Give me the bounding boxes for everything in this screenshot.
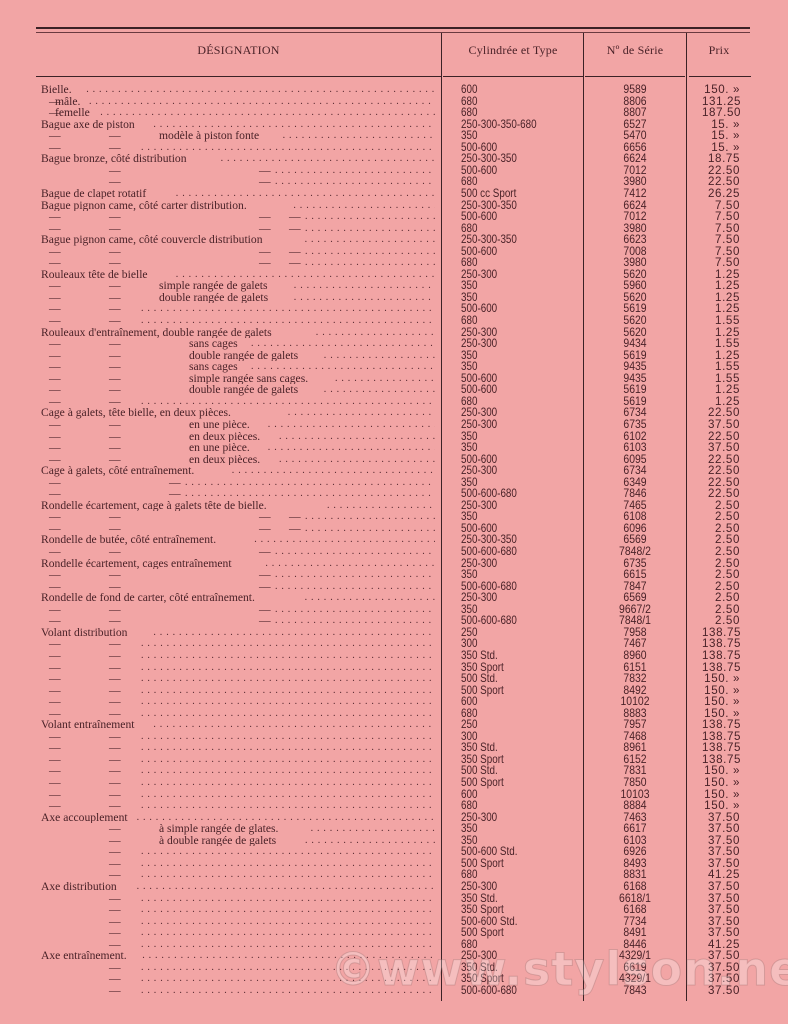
leader-dots: ........................................… (275, 581, 435, 593)
leader-dots: ........................................… (254, 534, 435, 546)
table-row: ————....................................… (0, 523, 788, 535)
designation-cell: ——......................................… (41, 488, 441, 500)
ditto-mark: — (49, 396, 61, 408)
ditto-mark: — (49, 442, 61, 454)
ditto-mark: — (109, 338, 121, 350)
ditto-mark: — (109, 742, 121, 754)
leader-dots: ........................................… (141, 315, 435, 327)
prix-cell: 37.50 (702, 904, 740, 916)
designation-cell: ——en deux pièces........................… (41, 431, 441, 443)
table-row: ———.....................................… (0, 604, 788, 616)
ditto-mark: — (109, 442, 121, 454)
serie-cell: 7843 (591, 985, 679, 997)
designation-text: Rondelle écartement, cages entraînement (41, 558, 232, 570)
designation-text: Rouleaux d'entraînement, double rangée d… (41, 327, 272, 339)
ditto-mark: — (109, 650, 121, 662)
table-row: ——sans cages............................… (0, 338, 788, 350)
designation-subtext: à double rangée de galets (159, 835, 276, 847)
ditto-mark: — (109, 754, 121, 766)
ditto-mark: — (109, 176, 121, 188)
table-row: ——......................................… (0, 765, 788, 777)
ditto-mark: — (109, 846, 121, 858)
table-row: Bielle..................................… (0, 84, 788, 96)
designation-cell: ——......................................… (41, 742, 441, 754)
leader-dots: ........................................… (141, 858, 435, 870)
ditto-mark: — (109, 546, 121, 558)
leader-dots: ........................................… (251, 361, 435, 373)
ditto-mark: — (49, 361, 61, 373)
ditto-mark: — (49, 223, 61, 235)
leader-dots: ........................................… (305, 211, 435, 223)
leader-dots: ........................................… (305, 511, 435, 523)
designation-cell: —femelle................................… (41, 107, 441, 119)
prix-cell: 187.50 (702, 107, 740, 119)
designation-cell: —mâle...................................… (41, 96, 441, 108)
prix-cell: 37.50 (702, 419, 740, 431)
designation-cell: Bague pignon came, côté couvercle distri… (41, 234, 441, 246)
ditto-mark: — (49, 431, 61, 443)
ditto-mark: — (109, 800, 121, 812)
prix-cell: 1.55 (702, 338, 740, 350)
table-row: —.......................................… (0, 893, 788, 905)
designation-subtext: femelle (55, 107, 90, 119)
ditto-mark: — (49, 315, 61, 327)
table-row: —mâle...................................… (0, 96, 788, 108)
designation-cell: Rouleaux d'entraînement, double rangée d… (41, 327, 441, 339)
table-row: Bague axe de piston.....................… (0, 119, 788, 131)
ditto-mark: — (49, 211, 61, 223)
prix-cell: 150. » (702, 800, 740, 812)
ditto-mark: — (49, 419, 61, 431)
leader-dots: ........................................… (141, 662, 435, 674)
table-row: ——......................................… (0, 708, 788, 720)
designation-cell: Rondelle de butée, côté entraînement....… (41, 534, 441, 546)
leader-dots: ........................................… (137, 881, 435, 893)
ditto-mark: — (49, 638, 61, 650)
designation-cell: ——......................................… (41, 789, 441, 801)
leader-dots: ........................................… (327, 500, 435, 512)
ditto-mark: — (109, 350, 121, 362)
ditto-mark: — (49, 303, 61, 315)
leader-dots: ........................................… (279, 454, 435, 466)
ditto-mark: — (289, 523, 301, 535)
leader-dots: ........................................… (141, 396, 435, 408)
table-row: ——......................................… (0, 777, 788, 789)
prix-cell: 26.25 (702, 188, 740, 200)
ditto-mark: — (109, 685, 121, 697)
ditto-mark: — (259, 523, 271, 535)
table-row: ————....................................… (0, 257, 788, 269)
table-row: Axe entraînement........................… (0, 950, 788, 962)
designation-subtext: en deux pièces. (189, 454, 260, 466)
designation-text: Bague bronze, côté distribution (41, 153, 187, 165)
table-row: —.......................................… (0, 858, 788, 870)
ditto-mark: — (109, 615, 121, 627)
ditto-mark: — (109, 604, 121, 616)
designation-cell: —.......................................… (41, 904, 441, 916)
table-row: ———.....................................… (0, 615, 788, 627)
ditto-mark: — (49, 754, 61, 766)
leader-dots: ........................................… (275, 165, 435, 177)
ditto-mark: — (49, 569, 61, 581)
designation-cell: ———.....................................… (41, 581, 441, 593)
ditto-mark: — (109, 257, 121, 269)
designation-cell: —à double rangée de galets..............… (41, 835, 441, 847)
designation-cell: Axe accouplement........................… (41, 812, 441, 824)
ditto-mark: — (49, 280, 61, 292)
ditto-mark: — (49, 338, 61, 350)
table-row: —.......................................… (0, 869, 788, 881)
ditto-mark: — (109, 823, 121, 835)
designation-cell: Axe distribution........................… (41, 881, 441, 893)
table-row: —.......................................… (0, 962, 788, 974)
leader-dots: ........................................… (141, 673, 435, 685)
designation-cell: ——modèle à piston fonte.................… (41, 130, 441, 142)
designation-cell: ——......................................… (41, 800, 441, 812)
designation-cell: ——......................................… (41, 165, 441, 177)
leader-dots: ........................................… (86, 84, 435, 96)
leader-dots: ........................................… (141, 696, 435, 708)
designation-cell: —.......................................… (41, 962, 441, 974)
leader-dots: ........................................… (141, 904, 435, 916)
table-row: Axe distribution........................… (0, 881, 788, 893)
table-row: ————....................................… (0, 511, 788, 523)
designation-cell: ——en une pièce..........................… (41, 419, 441, 431)
ditto-mark: — (109, 858, 121, 870)
table-row: ——......................................… (0, 742, 788, 754)
leader-dots: ........................................… (141, 731, 435, 743)
ditto-mark: — (109, 973, 121, 985)
leader-dots: ........................................… (153, 627, 435, 639)
leader-dots: ........................................… (153, 719, 435, 731)
table-row: Axe accouplement........................… (0, 812, 788, 824)
designation-cell: ————....................................… (41, 511, 441, 523)
designation-text: Bague de clapet rotatif (41, 188, 146, 200)
prix-cell: 150. » (702, 84, 740, 96)
prix-cell: 150. » (702, 777, 740, 789)
table-row: ——......................................… (0, 662, 788, 674)
designation-cell: ————....................................… (41, 223, 441, 235)
table-row: Rondelle écartement, cage à galets tête … (0, 500, 788, 512)
prix-cell: 15. » (702, 130, 740, 142)
leader-dots: ........................................… (141, 754, 435, 766)
designation-cell: ——......................................… (41, 731, 441, 743)
designation-cell: ——......................................… (41, 303, 441, 315)
table-row: ——......................................… (0, 315, 788, 327)
leader-dots: ........................................… (153, 119, 435, 131)
ditto-mark: — (49, 662, 61, 674)
designation-cell: ——......................................… (41, 142, 441, 154)
prix-cell: 2.50 (702, 592, 740, 604)
designation-text: Cage à galets, tête bielle, en deux pièc… (41, 407, 231, 419)
table-row: ——double rangée de galets...............… (0, 384, 788, 396)
ditto-mark: — (289, 211, 301, 223)
table-row: ——......................................… (0, 477, 788, 489)
designation-cell: ——sans cages............................… (41, 361, 441, 373)
leader-dots: ........................................… (265, 558, 435, 570)
designation-cell: ———.....................................… (41, 604, 441, 616)
leader-dots: ........................................… (232, 465, 435, 477)
designation-cell: ——......................................… (41, 685, 441, 697)
ditto-mark: — (109, 777, 121, 789)
ditto-mark: — (49, 488, 61, 500)
designation-cell: ———.....................................… (41, 615, 441, 627)
leader-dots: ........................................… (288, 407, 435, 419)
table-row: ——......................................… (0, 488, 788, 500)
designation-subtext: en deux pièces. (189, 431, 260, 443)
ditto-mark: — (109, 904, 121, 916)
designation-cell: Rondelle écartement, cages entraînement.… (41, 558, 441, 570)
ditto-mark: — (109, 280, 121, 292)
table-row: Volant entraînement.....................… (0, 719, 788, 731)
designation-cell: —.......................................… (41, 858, 441, 870)
ditto-mark: — (109, 454, 121, 466)
designation-text: Rondelle de fond de carter, côté entraîn… (41, 592, 255, 604)
leader-dots: ........................................… (185, 488, 435, 500)
ditto-mark: — (49, 350, 61, 362)
ditto-mark: — (109, 581, 121, 593)
ditto-mark: — (109, 419, 121, 431)
designation-cell: ——......................................… (41, 708, 441, 720)
ditto-mark: — (109, 835, 121, 847)
designation-cell: Bague pignon came, côté carter distribut… (41, 200, 441, 212)
header-rule-designation (36, 76, 441, 77)
designation-text: Bague pignon came, côté couvercle distri… (41, 234, 263, 246)
table-row: Rouleaux tête de bielle.................… (0, 269, 788, 281)
designation-cell: ———.....................................… (41, 546, 441, 558)
ditto-mark: — (109, 130, 121, 142)
table-row: ———.....................................… (0, 581, 788, 593)
header-rule-prix (689, 76, 751, 77)
header-rule-serie (585, 76, 685, 77)
ditto-mark: — (289, 511, 301, 523)
ditto-mark: — (49, 142, 61, 154)
designation-cell: Rondelle écartement, cage à galets tête … (41, 500, 441, 512)
ditto-mark: — (289, 257, 301, 269)
designation-text: Bague pignon came, côté carter distribut… (41, 200, 247, 212)
designation-subtext: sans cages (189, 361, 238, 373)
table-row: ——......................................… (0, 142, 788, 154)
leader-dots: ........................................… (294, 292, 435, 304)
ditto-mark: — (109, 211, 121, 223)
ditto-mark: — (109, 165, 121, 177)
table-row: Volant distribution.....................… (0, 627, 788, 639)
ditto-mark: — (109, 396, 121, 408)
designation-text: Bague axe de piston (41, 119, 135, 131)
ditto-mark: — (259, 615, 271, 627)
leader-dots: ........................................… (305, 523, 435, 535)
leader-dots: ........................................… (294, 280, 435, 292)
table-row: —.......................................… (0, 904, 788, 916)
table-row: —.......................................… (0, 927, 788, 939)
ditto-mark: — (109, 985, 121, 997)
designation-text: Rondelle de butée, côté entraînement. (41, 534, 216, 546)
table-row: ——......................................… (0, 696, 788, 708)
ditto-mark: — (259, 569, 271, 581)
designation-cell: ——double rangée de galets...............… (41, 350, 441, 362)
prix-cell: 138.75 (702, 650, 740, 662)
table-row: ——......................................… (0, 638, 788, 650)
ditto-mark: — (109, 142, 121, 154)
designation-subtext: simple rangée sans cages. (189, 373, 308, 385)
designation-cell: ——......................................… (41, 777, 441, 789)
table-row: Rouleaux d'entraînement, double rangée d… (0, 327, 788, 339)
prix-cell: 7.50 (702, 234, 740, 246)
ditto-mark: — (109, 869, 121, 881)
ditto-mark: — (49, 257, 61, 269)
leader-dots: ........................................… (141, 846, 435, 858)
ditto-mark: — (49, 708, 61, 720)
ditto-mark: — (109, 373, 121, 385)
leader-dots: ........................................… (141, 777, 435, 789)
ditto-mark: — (109, 384, 121, 396)
table-row: Cage à galets, tête bielle, en deux pièc… (0, 407, 788, 419)
leader-dots: ........................................… (335, 373, 435, 385)
top-rule (36, 27, 750, 29)
ditto-mark: — (259, 257, 271, 269)
designation-cell: Volant distribution.....................… (41, 627, 441, 639)
leader-dots: ........................................… (185, 477, 435, 489)
designation-cell: ——......................................… (41, 754, 441, 766)
designation-text: Axe distribution (41, 881, 117, 893)
leader-dots: ........................................… (305, 234, 435, 246)
prix-cell: 37.50 (702, 927, 740, 939)
table-row: ——......................................… (0, 673, 788, 685)
ditto-mark: — (49, 765, 61, 777)
table-row: Bague pignon came, côté carter distribut… (0, 200, 788, 212)
leader-dots: ........................................… (141, 939, 435, 951)
ditto-mark: — (109, 696, 121, 708)
ditto-mark: — (49, 777, 61, 789)
table-row: ——en deux pièces........................… (0, 454, 788, 466)
ditto-mark: — (259, 223, 271, 235)
designation-cell: ——en une pièce..........................… (41, 442, 441, 454)
designation-text: Volant entraînement (41, 719, 134, 731)
ditto-mark: — (109, 673, 121, 685)
designation-subtext: simple rangée de galets (159, 280, 268, 292)
designation-cell: ——......................................… (41, 650, 441, 662)
table-row: ——......................................… (0, 731, 788, 743)
designation-subtext: sans cages (189, 338, 238, 350)
leader-dots: ........................................… (316, 327, 435, 339)
leader-dots: ........................................… (141, 303, 435, 315)
ditto-mark: — (109, 939, 121, 951)
ditto-mark: — (49, 546, 61, 558)
ditto-mark: — (109, 638, 121, 650)
ditto-mark: — (109, 765, 121, 777)
table-row: —.......................................… (0, 939, 788, 951)
designation-cell: Bague axe de piston.....................… (41, 119, 441, 131)
designation-subtext: double rangée de galets (159, 292, 268, 304)
leader-dots: ........................................… (275, 176, 435, 188)
designation-cell: ————....................................… (41, 523, 441, 535)
leader-dots: ........................................… (275, 615, 435, 627)
designation-cell: Cage à galets, côté entraînement........… (41, 465, 441, 477)
ditto-mark: — (109, 431, 121, 443)
leader-dots: ........................................… (141, 985, 435, 997)
designation-text: Volant distribution (41, 627, 127, 639)
prix-cell: 1.55 (702, 361, 740, 373)
table-row: Cage à galets, côté entraînement........… (0, 465, 788, 477)
cylindree-cell: 500-600-680 (461, 985, 517, 997)
ditto-mark: — (259, 246, 271, 258)
ditto-mark: — (49, 673, 61, 685)
ditto-mark: — (49, 800, 61, 812)
table-row: ———.....................................… (0, 569, 788, 581)
designation-subtext: en une pièce. (189, 419, 250, 431)
designation-cell: Axe entraînement........................… (41, 950, 441, 962)
ditto-mark: — (49, 731, 61, 743)
table-row: ——simple rangée sans cages..............… (0, 373, 788, 385)
leader-dots: ........................................… (221, 153, 435, 165)
price-list-page: DÉSIGNATION Cylindrée et Type Nº de Séri… (0, 0, 788, 1024)
leader-dots: ........................................… (283, 130, 435, 142)
ditto-mark: — (49, 742, 61, 754)
ditto-mark: — (109, 223, 121, 235)
ditto-mark: — (49, 615, 61, 627)
leader-dots: ........................................… (293, 200, 435, 212)
ditto-mark: — (259, 604, 271, 616)
ditto-mark: — (109, 927, 121, 939)
designation-cell: ——......................................… (41, 477, 441, 489)
leader-dots: ........................................… (141, 869, 435, 881)
leader-dots: ........................................… (141, 650, 435, 662)
designation-cell: ——simple rangée de galets...............… (41, 280, 441, 292)
ditto-mark: — (49, 696, 61, 708)
ditto-mark: — (259, 165, 271, 177)
table-row: ————....................................… (0, 211, 788, 223)
table-row: ——......................................… (0, 800, 788, 812)
table-row: ——double rangée de galets...............… (0, 350, 788, 362)
designation-cell: ———.....................................… (41, 569, 441, 581)
designation-cell: ——double rangée de galets...............… (41, 292, 441, 304)
ditto-mark: — (289, 223, 301, 235)
table-row: ——......................................… (0, 650, 788, 662)
designation-text: Axe entraînement. (41, 950, 127, 962)
table-row: Rondelle écartement, cages entraînement.… (0, 558, 788, 570)
leader-dots: ........................................… (141, 800, 435, 812)
ditto-mark: — (109, 893, 121, 905)
leader-dots: ........................................… (141, 973, 435, 985)
leader-dots: ........................................… (268, 442, 435, 454)
leader-dots: ........................................… (305, 592, 435, 604)
ditto-mark: — (109, 315, 121, 327)
designation-cell: ——......................................… (41, 696, 441, 708)
prix-cell: 37.50 (702, 985, 740, 997)
prix-cell: 2.50 (702, 546, 740, 558)
leader-dots: ........................................… (141, 142, 435, 154)
designation-text: Bielle. (41, 84, 72, 96)
table-row: ——sans cages............................… (0, 361, 788, 373)
table-row: ——......................................… (0, 165, 788, 177)
leader-dots: ........................................… (268, 419, 435, 431)
table-row: ——......................................… (0, 176, 788, 188)
leader-dots: ........................................… (137, 812, 435, 824)
designation-cell: ——......................................… (41, 765, 441, 777)
ditto-mark: — (49, 130, 61, 142)
leader-dots: ........................................… (305, 835, 435, 847)
ditto-mark: — (49, 523, 61, 535)
designation-cell: Cage à galets, tête bielle, en deux pièc… (41, 407, 441, 419)
designation-text: Rondelle écartement, cage à galets tête … (41, 500, 267, 512)
table-row: ——en une pièce..........................… (0, 419, 788, 431)
ditto-mark: — (49, 604, 61, 616)
ditto-mark: — (109, 662, 121, 674)
leader-dots: ........................................… (305, 257, 435, 269)
leader-dots: ........................................… (251, 338, 435, 350)
leader-dots: ........................................… (275, 604, 435, 616)
leader-dots: ........................................… (311, 823, 435, 835)
